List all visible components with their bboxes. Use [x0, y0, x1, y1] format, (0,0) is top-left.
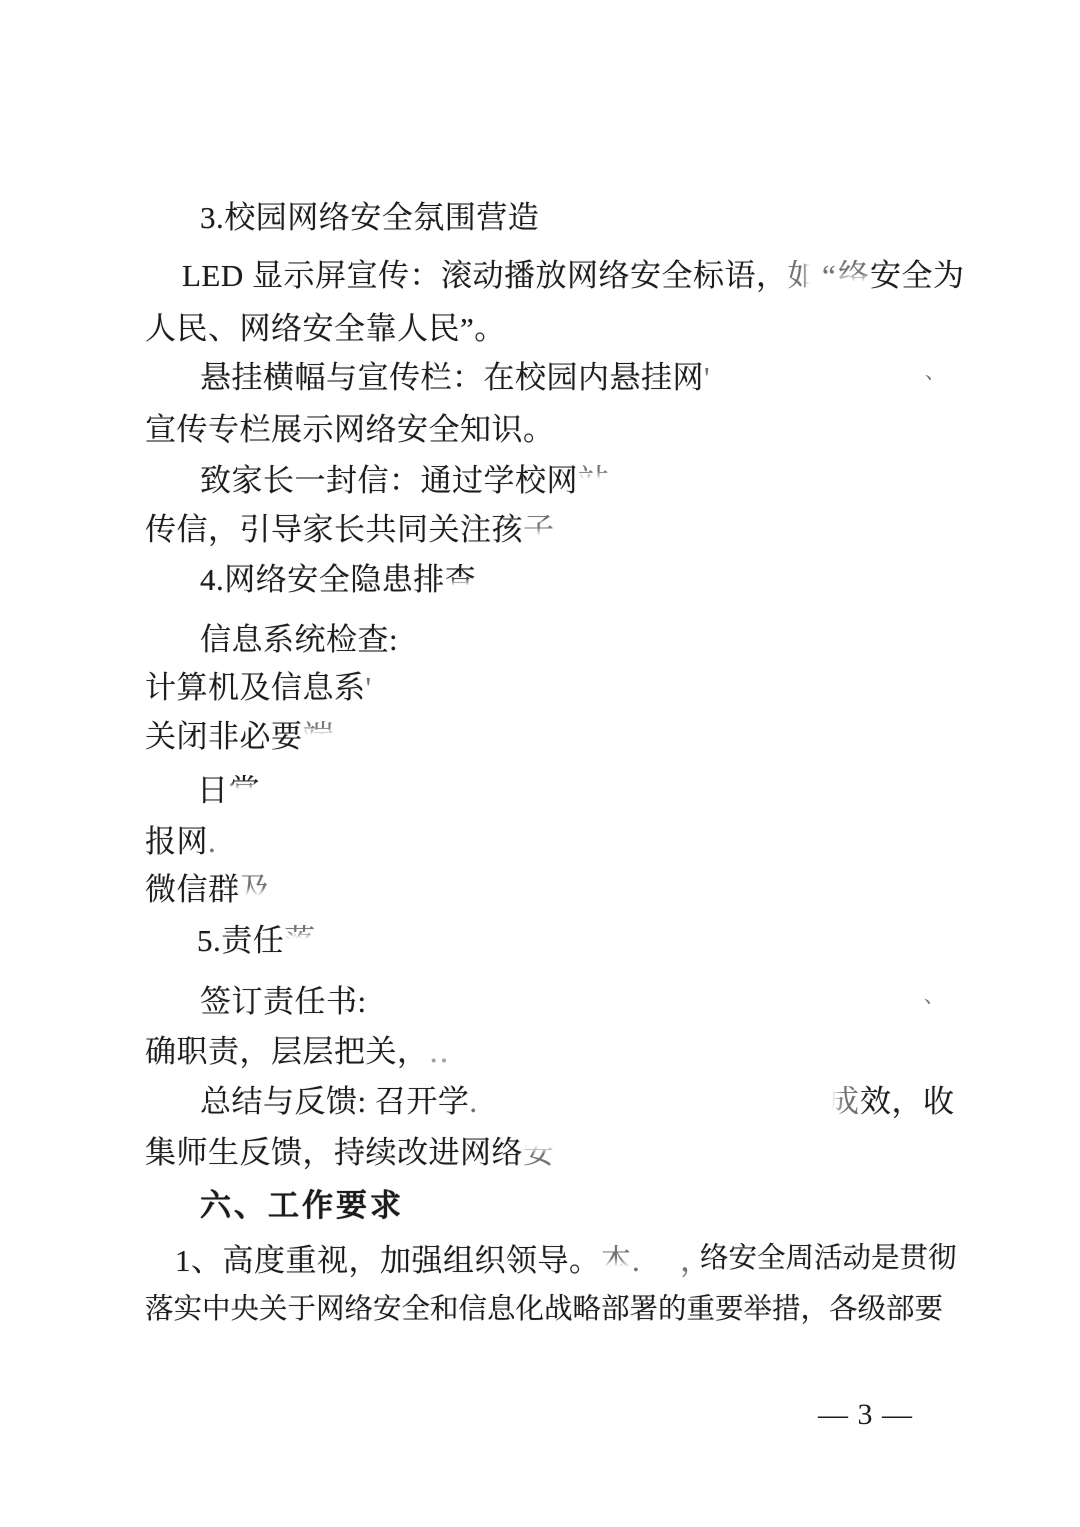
- responsibility-line-2: 确职责，层层把关，‥: [145, 1036, 450, 1067]
- text-segment: 悬挂横幅与宣传栏：在校园内悬挂网: [200, 362, 704, 393]
- text-segment: 本: [601, 1245, 633, 1276]
- text-segment: 络: [838, 260, 870, 291]
- text-segment: 宣传专栏展示网络安全知识。: [145, 414, 555, 445]
- text-segment: “: [822, 260, 836, 291]
- work-requirement-line: 1、高度重视，加强组织领导。本.，络安全周活动是贯彻: [175, 1245, 640, 1276]
- text-segment: 查: [445, 564, 477, 595]
- text-segment: 计算机及信息系: [145, 672, 366, 703]
- text-segment: 六、工作要求: [200, 1190, 404, 1221]
- text-segment: 总结与反馈: 召开学: [200, 1086, 469, 1117]
- banner-line-2: 宣传专栏展示网络安全知识。: [145, 414, 555, 445]
- document-body: 3.校园网络安全氛围营造LED 显示屏宣传：滚动播放网络安全标语，如“络安全为人…: [0, 0, 1080, 1527]
- led-screen-line: LED 显示屏宣传：滚动播放网络安全标语，如“络安全为: [182, 260, 819, 291]
- led-screen-line-2: 人民、网络安全靠人民”。: [145, 313, 506, 344]
- text-segment: 微信群: [145, 874, 240, 905]
- text-segment: 信息系统检查:: [200, 624, 398, 655]
- page-number: — 3 —: [818, 1398, 913, 1432]
- text-segment: 、: [925, 362, 946, 382]
- info-system-check-line: 信息系统检查:: [200, 624, 398, 655]
- heading-item-5: 5.责任落: [197, 925, 316, 956]
- text-segment: 日: [197, 775, 229, 806]
- summary-feedback-line: 总结与反馈: 召开学.成效，收: [200, 1086, 478, 1117]
- text-segment: 成: [828, 1086, 860, 1117]
- wechat-line: 微信群及: [145, 874, 271, 905]
- text-segment: 签订责任书:: [200, 986, 367, 1017]
- responsibility-line: 签订责任书:、: [200, 986, 367, 1017]
- text-segment: 确职责，层层把关，: [145, 1036, 429, 1067]
- text-segment: 落: [284, 925, 316, 956]
- computer-check-line: 计算机及信息系': [145, 672, 372, 703]
- close-ports-line: 关闭非必要端: [145, 721, 334, 752]
- text-segment: 传信，引导家长共同关注孩: [145, 514, 523, 545]
- text-segment: 3.校园网络安全氛围营造: [200, 202, 539, 233]
- text-segment: 关闭非必要: [145, 721, 303, 752]
- summary-feedback-line-2: 集师生反馈，持续改进网络安: [145, 1137, 555, 1168]
- text-segment: 、: [924, 986, 945, 1006]
- text-segment: 络安全周活动是贯彻: [700, 1245, 957, 1274]
- text-segment: 安: [523, 1137, 555, 1168]
- heading-item-3: 3.校园网络安全氛围营造: [200, 202, 539, 233]
- text-segment: ‥: [429, 1036, 450, 1067]
- parent-letter-line-2: 传信，引导家长共同关注孩子: [145, 514, 555, 545]
- parent-letter-line: 致家长一封信：通过学校网站: [200, 465, 610, 496]
- text-segment: .: [208, 826, 216, 857]
- text-segment: ': [704, 362, 710, 393]
- heading-item-4: 4.网络安全隐患排查: [200, 564, 476, 595]
- text-segment: 5.责任: [197, 925, 284, 956]
- text-segment: 1、高度重视，加强组织领导。: [175, 1245, 601, 1276]
- text-segment: 人民、网络安全靠人民”。: [145, 313, 506, 344]
- text-segment: 子: [523, 514, 555, 545]
- heading-section-6: 六、工作要求: [200, 1190, 404, 1221]
- text-segment: 落实中央关于网络安全和信息化战略部署的重要举措，各级部要: [145, 1296, 943, 1325]
- text-segment: 致家长一封信：通过学校网: [200, 465, 578, 496]
- text-segment: 集师生反馈，持续改进网络: [145, 1137, 523, 1168]
- banner-line: 悬挂横幅与宣传栏：在校园内悬挂网'、: [200, 362, 710, 393]
- text-segment: 安全为: [870, 260, 965, 291]
- text-segment: 4.网络安全隐患排: [200, 564, 445, 595]
- text-segment: 如: [788, 260, 820, 291]
- text-segment: 及: [240, 874, 272, 905]
- text-segment: 效，收: [860, 1086, 955, 1117]
- text-segment: 端: [303, 721, 335, 752]
- text-segment: .: [469, 1086, 477, 1117]
- text-segment: 站: [578, 465, 610, 496]
- text-segment: ': [366, 672, 372, 703]
- text-segment: .: [632, 1245, 640, 1276]
- text-segment: 常: [229, 775, 261, 806]
- work-requirement-line-2: 落实中央关于网络安全和信息化战略部署的重要举措，各级部要: [145, 1296, 943, 1325]
- text-segment: 报网: [145, 826, 208, 857]
- document-page: 3.校园网络安全氛围营造LED 显示屏宣传：滚动播放网络安全标语，如“络安全为人…: [0, 0, 1080, 1527]
- text-segment: LED 显示屏宣传：滚动播放网络安全标语，: [182, 260, 788, 291]
- report-line: 报网.: [145, 826, 216, 857]
- daily-line: 日常: [197, 775, 260, 806]
